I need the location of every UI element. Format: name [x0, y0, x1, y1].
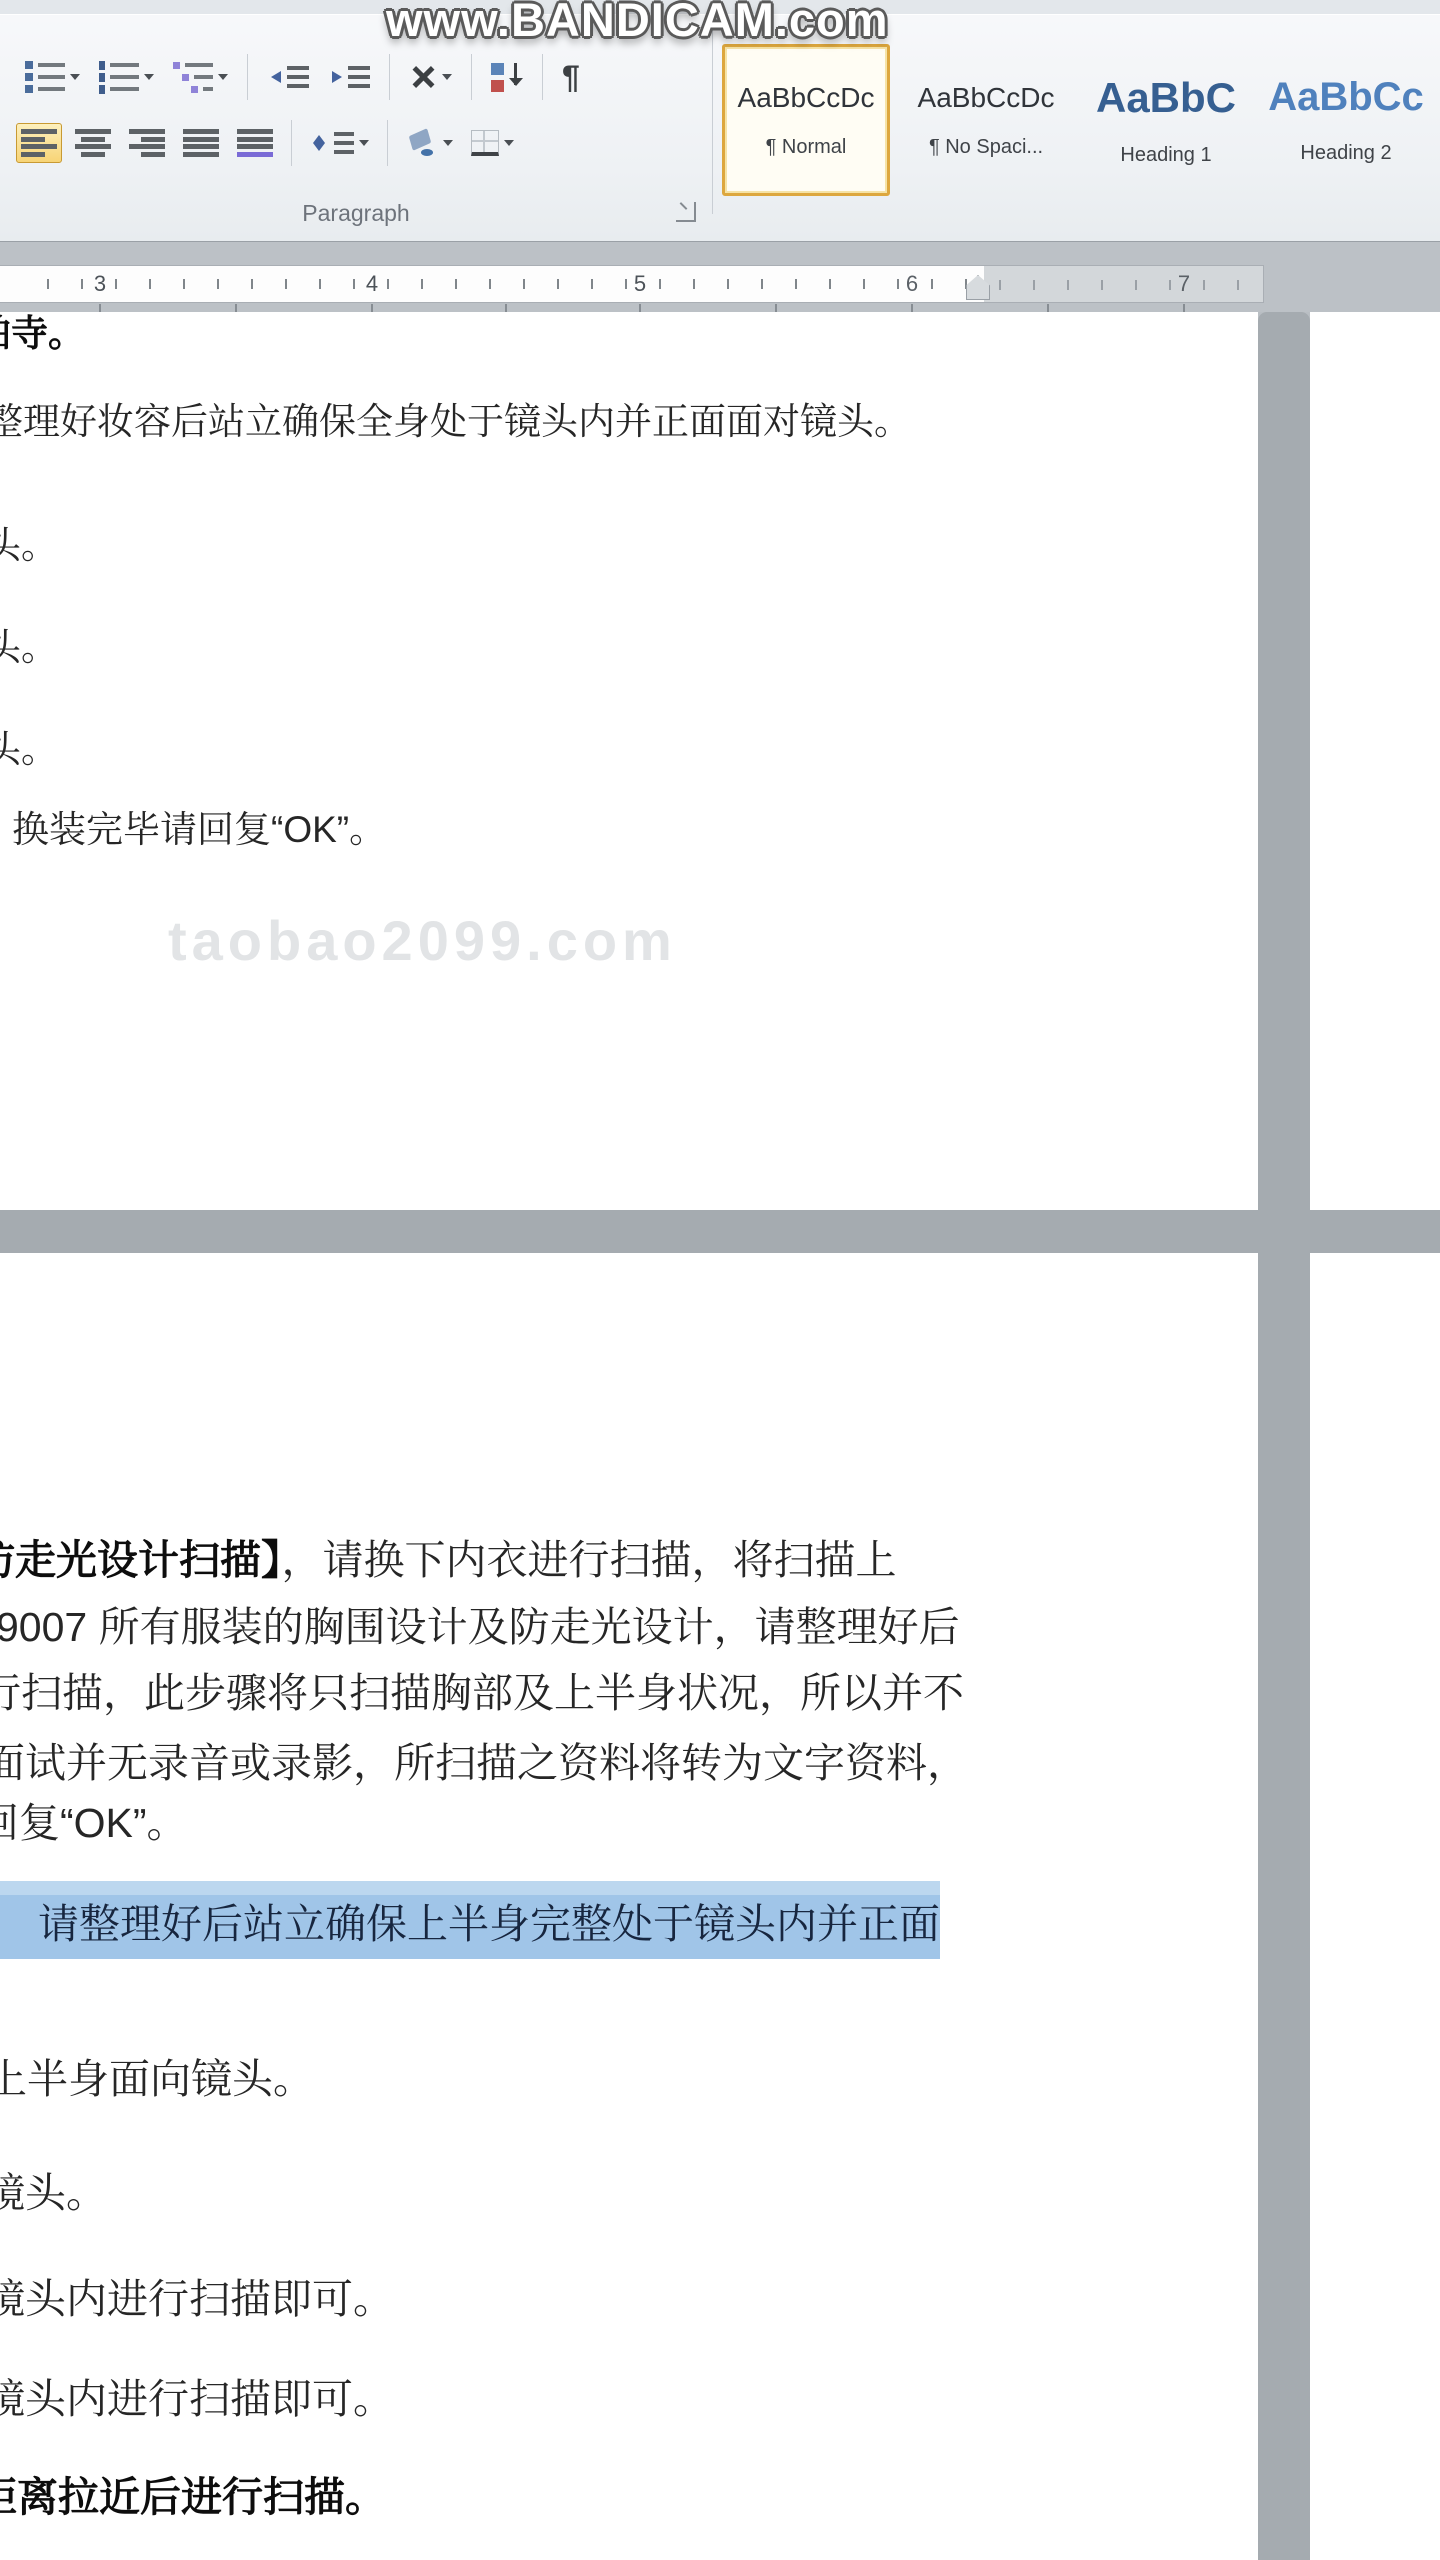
ruler-tick — [99, 304, 101, 312]
chevron-down-icon[interactable] — [359, 140, 369, 146]
separator — [247, 54, 248, 100]
page-gap-horizontal — [0, 1210, 1440, 1253]
chevron-down-icon[interactable] — [218, 74, 228, 80]
taobao-watermark: taobao2099.com — [168, 908, 677, 973]
doc-line: 拍寺。 — [0, 312, 85, 356]
style-label: Heading 2 — [1300, 142, 1391, 165]
paragraph-group-row1: ¶ — [20, 48, 585, 106]
group-separator — [712, 24, 713, 214]
multilevel-list-button[interactable] — [168, 56, 233, 99]
distributed-button[interactable] — [232, 123, 278, 163]
align-left-button[interactable] — [16, 123, 62, 163]
bullets-button[interactable] — [20, 56, 85, 99]
ruler-tick — [639, 304, 641, 312]
separator — [387, 120, 388, 166]
doc-line: 头。 — [0, 524, 58, 568]
document-page-3[interactable]: 防走光设计扫描】，请换下内衣进行扫描，将扫描上 9007 所有服装的胸围设计及防… — [0, 1253, 1258, 2560]
style-label: Heading 1 — [1120, 144, 1211, 167]
borders-icon — [471, 130, 499, 156]
doc-line: 头。 — [0, 626, 58, 670]
style-heading-2[interactable]: AaBbCc Heading 2 — [1262, 44, 1430, 196]
separator — [291, 120, 292, 166]
doc-line-bold-segment: 防走光设计扫描】 — [0, 1537, 282, 1583]
page-gap-vertical — [1258, 312, 1310, 2560]
doc-line: 9007 所有服装的胸围设计及防走光设计，请整理好后 — [0, 1603, 960, 1652]
doc-line: 镜头内进行扫描即可。 — [0, 2275, 394, 2324]
ruler-number: 3 — [90, 271, 110, 297]
ruler-tick — [775, 304, 777, 312]
bandicam-watermark: www.BANDICAM.com — [386, 0, 889, 47]
ruler-tick — [911, 304, 913, 312]
multilevel-list-icon — [173, 62, 213, 93]
doc-line: 面试并无录音或录影，所扫描之资料将转为文字资料， — [0, 1739, 968, 1788]
decrease-indent-icon — [267, 64, 309, 90]
style-normal[interactable]: AaBbCcDc ¶ Normal — [722, 44, 890, 196]
increase-indent-button[interactable] — [323, 58, 375, 96]
align-center-icon — [75, 129, 111, 157]
style-label: ¶ No Spaci... — [929, 136, 1043, 159]
doc-line: 回复“OK”。 — [0, 1799, 188, 1848]
bullets-icon — [25, 62, 65, 93]
ruler-number: 5 — [630, 271, 650, 297]
style-sample: AaBbC — [1096, 74, 1236, 122]
style-no-spacing[interactable]: AaBbCcDc ¶ No Spaci... — [902, 44, 1070, 196]
style-sample: AaBbCc — [1268, 75, 1424, 120]
doc-line: 镜头内进行扫描即可。 — [0, 2375, 394, 2424]
chevron-down-icon[interactable] — [504, 140, 514, 146]
numbering-button[interactable] — [94, 56, 159, 99]
style-sample: AaBbCcDc — [738, 82, 875, 114]
increase-indent-icon — [328, 64, 370, 90]
doc-line: 头。 — [0, 728, 58, 772]
decrease-indent-button[interactable] — [262, 58, 314, 96]
chevron-down-icon[interactable] — [70, 74, 80, 80]
doc-line: 换装完毕请回复“OK”。 — [12, 808, 386, 852]
doc-line: 整理好妆容后站立确保全身处于镜头内并正面面对镜头。 — [0, 400, 911, 444]
line-spacing-icon — [310, 129, 354, 157]
separator — [389, 54, 390, 100]
separator — [542, 54, 543, 100]
ruler-tick — [505, 304, 507, 312]
selected-text: 请整理好后站立确保上半身完整处于镜头内并正面 — [0, 1891, 940, 1950]
text-selection-highlight: 请整理好后站立确保上半身完整处于镜头内并正面 — [0, 1881, 940, 1959]
doc-line: 上半身面向镜头。 — [0, 2055, 314, 2104]
document-page-4[interactable] — [1310, 1253, 1440, 2560]
align-right-button[interactable] — [124, 123, 170, 163]
ruler-tick — [235, 304, 237, 312]
ruler-strip: 3 4 5 6 7 — [0, 242, 1440, 312]
show-hide-marks-button[interactable]: ¶ — [557, 57, 585, 97]
line-spacing-button[interactable] — [305, 123, 374, 163]
borders-button[interactable] — [466, 124, 519, 162]
asian-layout-icon — [409, 64, 437, 90]
ruler-number: 7 — [1174, 271, 1194, 297]
doc-line: 镜头。 — [0, 2169, 107, 2218]
numbering-icon — [99, 62, 139, 93]
ruler-tick — [1047, 304, 1049, 312]
chevron-down-icon[interactable] — [443, 140, 453, 146]
style-label: ¶ Normal — [766, 136, 847, 159]
asian-layout-button[interactable] — [404, 58, 457, 96]
ruler-tick — [371, 304, 373, 312]
shading-button[interactable] — [401, 123, 458, 163]
chevron-down-icon[interactable] — [144, 74, 154, 80]
word-window: ¶ — [0, 0, 1440, 2560]
doc-line: 防走光设计扫描】，请换下内衣进行扫描，将扫描上 — [0, 1536, 897, 1585]
document-page-2[interactable] — [1310, 312, 1440, 1210]
pilcrow-icon: ¶ — [562, 63, 580, 91]
paragraph-group-row2 — [16, 112, 519, 174]
paragraph-group-label: Paragraph — [0, 200, 712, 227]
chevron-down-icon[interactable] — [442, 74, 452, 80]
sort-icon — [491, 62, 523, 92]
ruler-number: 6 — [902, 271, 922, 297]
style-sample: AaBbCcDc — [918, 82, 1055, 114]
ruler-active-area — [0, 266, 984, 302]
align-left-icon — [21, 129, 57, 157]
ruler-tick — [1183, 304, 1185, 312]
shading-icon — [406, 129, 438, 157]
justify-icon — [183, 129, 219, 157]
doc-line: 距离拉近后进行扫描。 — [0, 2473, 386, 2522]
align-right-icon — [129, 129, 165, 157]
sort-button[interactable] — [486, 56, 528, 98]
horizontal-ruler[interactable]: 3 4 5 6 7 — [0, 265, 1264, 303]
distributed-icon — [237, 129, 273, 157]
justify-button[interactable] — [178, 123, 224, 163]
doc-line: 行扫描，此步骤将只扫描胸部及上半身状况，所以并不 — [0, 1669, 964, 1718]
document-page-1[interactable]: 拍寺。 整理好妆容后站立确保全身处于镜头内并正面面对镜头。 头。 头。 头。 换… — [0, 312, 1258, 1210]
ruler-number: 4 — [362, 271, 382, 297]
paragraph-dialog-launcher-icon[interactable] — [676, 202, 696, 222]
doc-line-segment: ，请换下内衣进行扫描，将扫描上 — [282, 1537, 897, 1583]
style-heading-1[interactable]: AaBbC Heading 1 — [1082, 44, 1250, 196]
separator — [471, 54, 472, 100]
align-center-button[interactable] — [70, 123, 116, 163]
styles-gallery: AaBbCcDc ¶ Normal AaBbCcDc ¶ No Spaci...… — [722, 30, 1440, 244]
